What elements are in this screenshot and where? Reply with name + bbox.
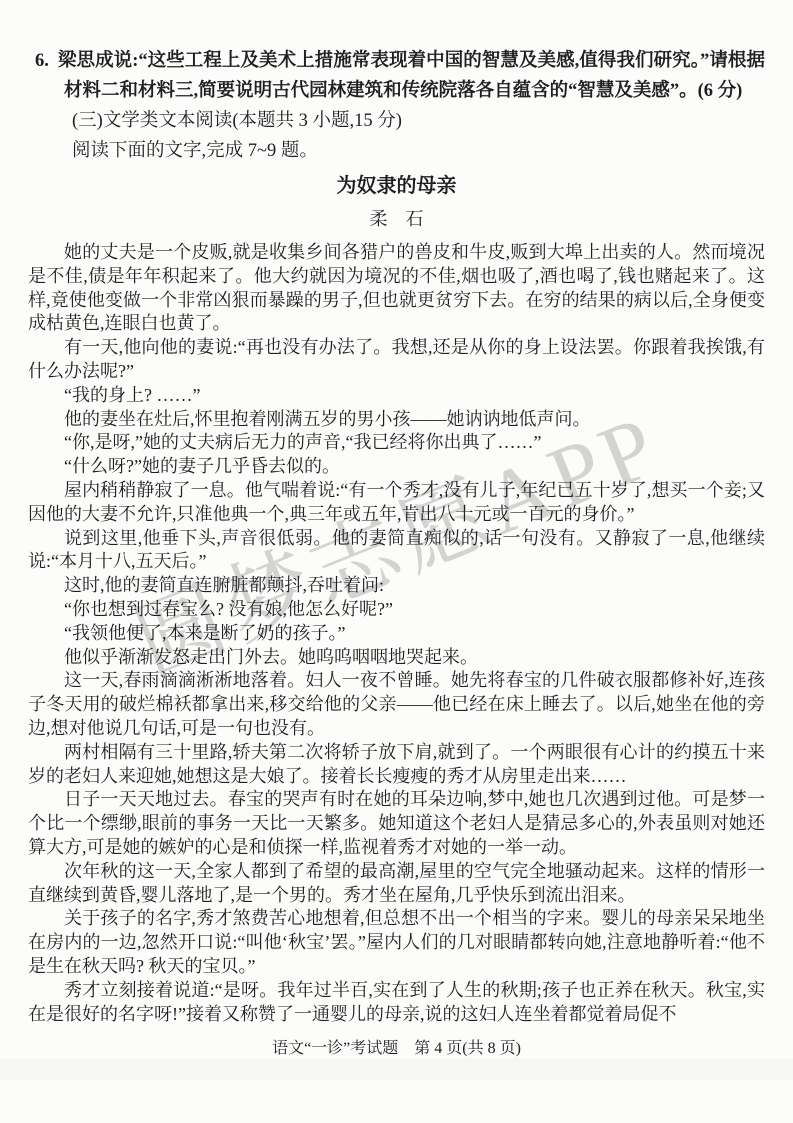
passage-body: 她的丈夫是一个皮贩,就是收集乡间各猎户的兽皮和牛皮,贩到大埠上出卖的人。然而境况… xyxy=(28,241,765,1026)
passage-paragraph: 两村相隔有三十里路,轿夫第二次将轿子放下肩,就到了。一个两眼很有心计的约摸五十来… xyxy=(28,741,765,789)
passage-paragraph: 说到这里,他垂下头,声音很低弱。他的妻简直痴似的,话一句没有。又静寂了一息,他继… xyxy=(28,527,765,575)
passage-author: 柔 石 xyxy=(28,207,765,231)
question-6-number: 6. xyxy=(35,51,49,71)
passage-paragraph: 这时,他的妻简直连腑脏都颠抖,吞吐着问: xyxy=(28,574,765,598)
reading-instruction: 阅读下面的文字,完成 7~9 题。 xyxy=(72,136,765,166)
passage-paragraph: 关于孩子的名字,秀才煞费苦心地想着,但总想不出一个相当的字来。婴儿的母亲呆呆地坐… xyxy=(28,907,765,978)
passage-paragraph: 她的丈夫是一个皮贩,就是收集乡间各猎户的兽皮和牛皮,贩到大埠上出卖的人。然而境况… xyxy=(28,241,765,336)
page-footer: 语文“一诊”考试题 第 4 页(共 8 页) xyxy=(0,1038,793,1060)
passage-paragraph: 屋内稍稍静寂了一息。他气喘着说:“有一个秀才,没有儿子,年纪已五十岁了,想买一个… xyxy=(28,479,765,527)
passage-paragraph: “我领他便了,本来是断了奶的孩子。” xyxy=(28,622,765,646)
passage-paragraph: 次年秋的这一天,全家人都到了希望的最高潮,屋里的空气完全地骚动起来。这样的情形一… xyxy=(28,860,765,908)
passage-title: 为奴隶的母亲 xyxy=(28,173,765,199)
passage-paragraph: “你,是呀,”她的丈夫病后无力的声音,“我已经将你出典了……” xyxy=(28,431,765,455)
section-heading: (三)文学类文本阅读(本题共 3 小题,15 分) xyxy=(72,106,765,136)
passage-paragraph: 他的妻坐在灶后,怀里抱着刚满五岁的男小孩——她讷讷地低声问。 xyxy=(28,408,765,432)
passage-paragraph: 秀才立刻接着说道:“是呀。我年过半百,实在到了人生的秋期;孩子也正养在秋天。秋宝… xyxy=(28,979,765,1027)
passage-paragraph: 他似乎渐渐发怒走出门外去。她呜呜咽咽地哭起来。 xyxy=(28,646,765,670)
page-content: 6.梁思成说:“这些工程上及美术上措施常表现着中国的智慧及美感,值得我们研究。”… xyxy=(0,0,793,1026)
exam-page: 圆梦志愿APP 6.梁思成说:“这些工程上及美术上措施常表现着中国的智慧及美感,… xyxy=(0,0,793,1123)
passage-paragraph: 有一天,他向他的妻说:“再也没有办法了。我想,还是从你的身上设法罢。你跟着我挨饿… xyxy=(28,336,765,384)
question-6: 6.梁思成说:“这些工程上及美术上措施常表现着中国的智慧及美感,值得我们研究。”… xyxy=(35,46,765,106)
passage-paragraph: 日子一天天地过去。春宝的哭声有时在她的耳朵边响,梦中,她也几次遇到过他。可是梦一… xyxy=(28,788,765,859)
scan-artifact-band xyxy=(0,1058,793,1080)
passage-paragraph: “你也想到过春宝么? 没有娘,他怎么好呢?” xyxy=(28,598,765,622)
passage-paragraph: 这一天,春雨滴滴淅淅地落着。妇人一夜不曾睡。她先将春宝的几件破衣服都修补好,连孩… xyxy=(28,669,765,740)
question-6-text: 梁思成说:“这些工程上及美术上措施常表现着中国的智慧及美感,值得我们研究。”请根… xyxy=(58,51,765,101)
passage-paragraph: “我的身上? ……” xyxy=(28,384,765,408)
passage-paragraph: “什么呀?”她的妻子几乎昏去似的。 xyxy=(28,455,765,479)
